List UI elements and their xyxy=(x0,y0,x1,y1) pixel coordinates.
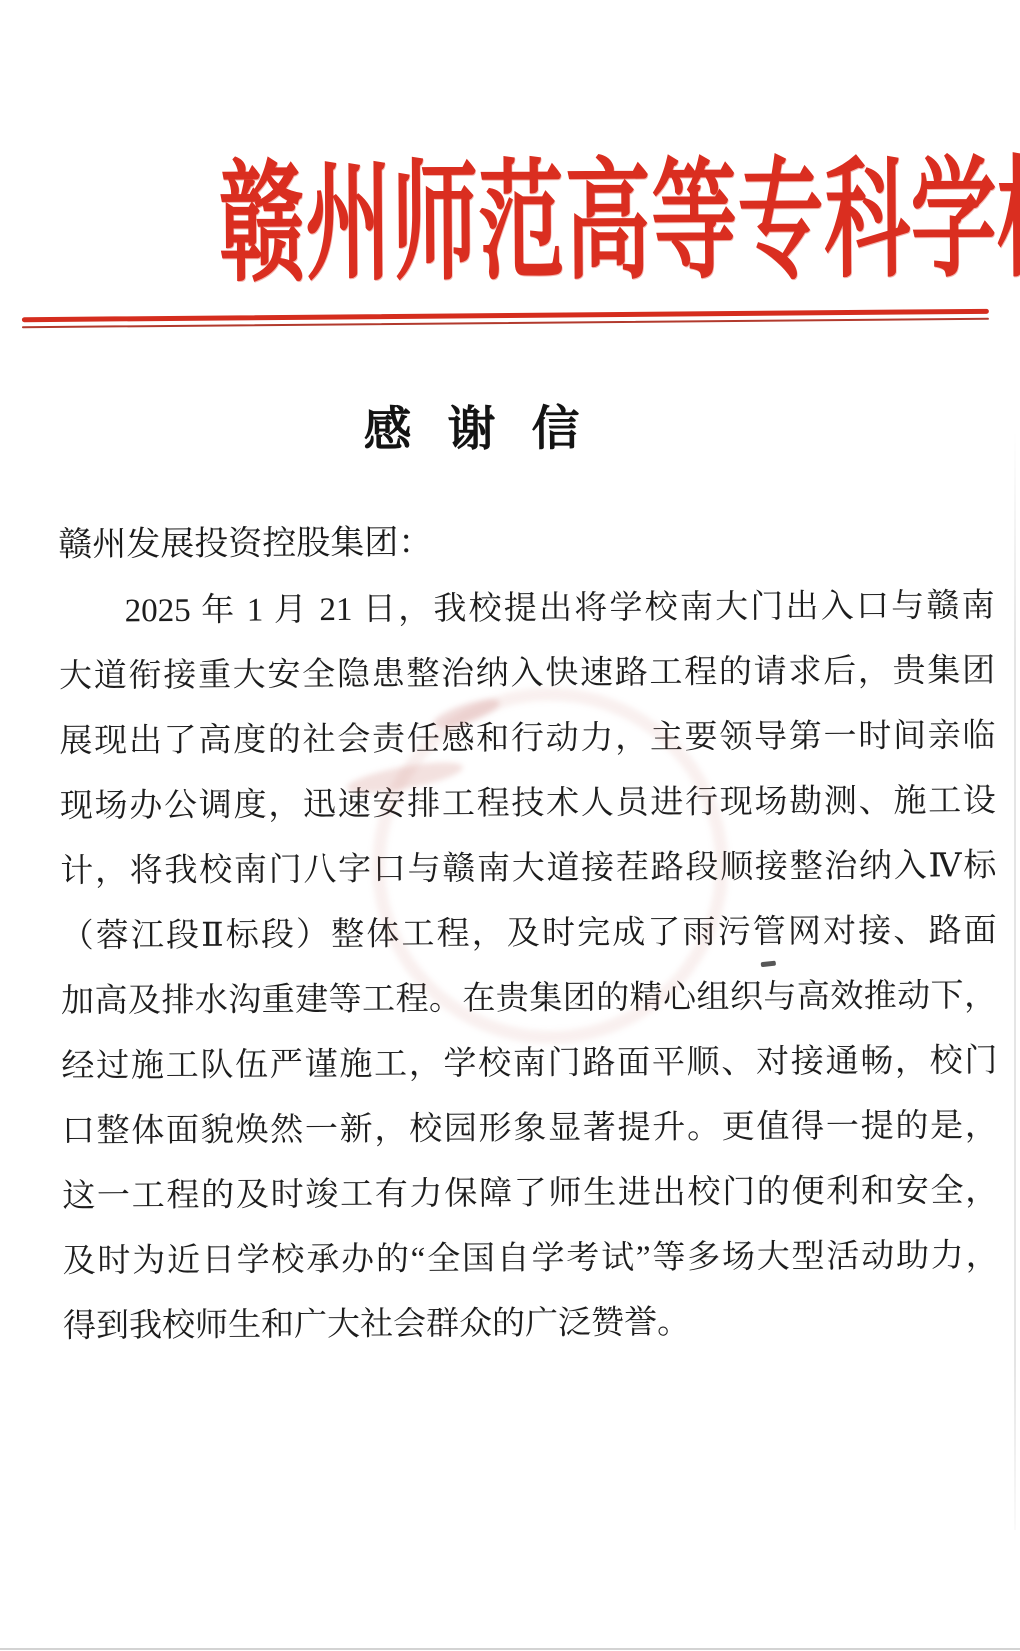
stamp-bleedthrough-artifact xyxy=(371,687,729,1045)
letterhead: 赣州师范高等专科学校 xyxy=(0,147,957,302)
scan-page-edge-right xyxy=(1014,430,1016,1530)
letterhead-school-name: 赣州师范高等专科学校 xyxy=(219,146,1020,301)
body-line-10: 这一工程的及时竣工有力保障了师生进出校门的便利和安全， xyxy=(62,1159,998,1230)
body-line-11: 及时为近日学校承办的“全国自学考试”等多场大型活动助力， xyxy=(62,1224,998,1295)
salutation: 赣州发展投资控股集团： xyxy=(58,515,994,571)
scanned-letter-page: 赣州师范高等专科学校 感 谢 信 赣州发展投资控股集团： 2025 年 1 月 … xyxy=(0,0,1020,1651)
letterhead-divider xyxy=(22,309,989,328)
body-line-1: 2025 年 1 月 21 日，我校提出将学校南大门出入口与赣南 xyxy=(58,574,994,645)
body-line-9: 口整体面貌焕然一新，校园形象显著提升。更值得一提的是， xyxy=(62,1094,998,1165)
letter-title: 感 谢 信 xyxy=(0,387,958,462)
body-line-12: 得到我校师生和广大社会群众的广泛赞誉。 xyxy=(63,1289,999,1360)
scan-page-edge-bottom xyxy=(0,1648,1020,1650)
letter-content: 赣州师范高等专科学校 感 谢 信 赣州发展投资控股集团： 2025 年 1 月 … xyxy=(0,0,1020,1651)
